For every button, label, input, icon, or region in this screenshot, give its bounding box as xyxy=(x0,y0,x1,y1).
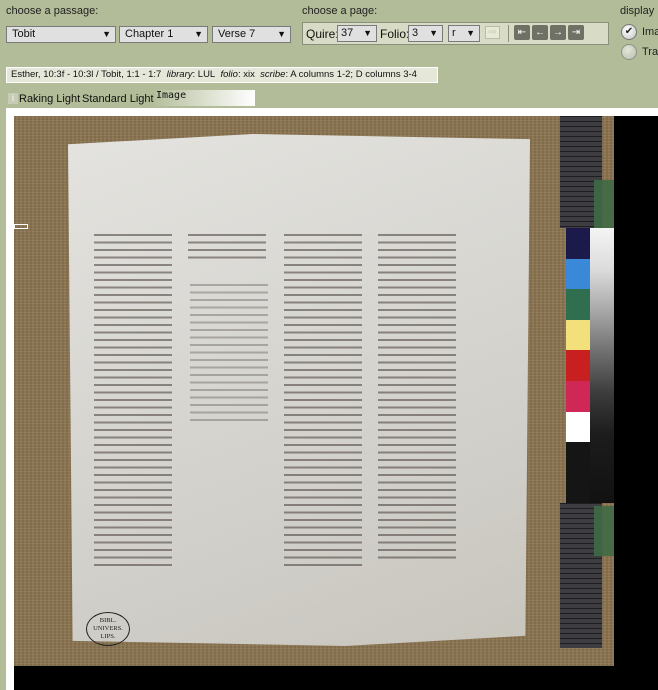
text-column-4 xyxy=(378,234,456,564)
stamp-line: BIBL. xyxy=(87,617,129,625)
verse-value: Verse 7 xyxy=(218,28,255,40)
next-page-icon[interactable]: → xyxy=(550,25,566,40)
text-column-2-lower xyxy=(190,284,268,424)
stamp-line: UNIVERS. xyxy=(87,625,129,633)
chevron-down-icon: ▼ xyxy=(363,26,372,41)
divider xyxy=(508,25,509,42)
library-stamp: BIBL. UNIVERS. LIPS. xyxy=(86,612,130,646)
color-swatch-magenta xyxy=(566,381,590,412)
text-column-1 xyxy=(94,234,172,570)
book-value: Tobit xyxy=(12,28,35,40)
chapter-select[interactable]: Chapter 1 ▼ xyxy=(119,26,208,43)
text-column-2 xyxy=(188,234,266,262)
chevron-down-icon: ▼ xyxy=(429,26,438,41)
passage-label: choose a passage: xyxy=(6,5,98,17)
scribe-value: A columns 1-2; D columns 3-4 xyxy=(290,69,417,80)
image-checkbox[interactable]: ✔ xyxy=(621,24,637,40)
color-swatch-green xyxy=(566,289,590,320)
library-label: library xyxy=(167,69,193,80)
quire-label: Quire: xyxy=(306,27,339,41)
transcription-option-label: Tra xyxy=(642,46,658,58)
transcription-checkbox[interactable]: ✔ xyxy=(621,44,637,60)
go-arrow-icon[interactable]: ⇨ xyxy=(485,26,500,39)
image-tab-label: Image xyxy=(156,90,186,101)
chevron-down-icon: ▼ xyxy=(466,26,475,41)
chevron-down-icon: ▼ xyxy=(277,27,286,42)
page-label: choose a page: xyxy=(302,5,377,17)
verse-select[interactable]: Verse 7 ▼ xyxy=(212,26,291,43)
color-swatch-black xyxy=(566,442,590,503)
library-value: LUL xyxy=(198,69,215,80)
scribe-label: scribe xyxy=(260,69,285,80)
quire-select[interactable]: 37 ▼ xyxy=(337,25,377,42)
first-page-icon[interactable]: ⇤ xyxy=(514,25,530,40)
folio-info-bar: Esther, 10:3f - 10:3l / Tobit, 1:1 - 1:7… xyxy=(6,67,438,83)
image-option-label: Ima xyxy=(642,26,658,38)
color-swatch-white xyxy=(566,412,590,442)
green-tab-bottom xyxy=(594,506,614,556)
last-page-icon[interactable]: ⇥ xyxy=(568,25,584,40)
image-viewer[interactable]: BIBL. UNIVERS. LIPS. xyxy=(6,108,658,690)
parchment-leaf xyxy=(68,134,530,646)
green-tab-top xyxy=(594,180,614,228)
folio-value: 3 xyxy=(412,27,418,39)
viewport-marker[interactable] xyxy=(14,224,28,229)
stamp-line: LIPS. xyxy=(87,633,129,641)
lighting-bar: i Raking Light Standard Light Image xyxy=(6,90,255,106)
side-value: r xyxy=(452,27,456,39)
chevron-down-icon: ▼ xyxy=(194,27,203,42)
chapter-value: Chapter 1 xyxy=(125,28,173,40)
page-navigator: Quire: 37 ▼ Folio: 3 ▼ r ▼ ⇨ ⇤ ← → ⇥ xyxy=(302,22,609,45)
folio-select[interactable]: 3 ▼ xyxy=(408,25,443,42)
color-swatch-yellow xyxy=(566,320,590,350)
folio-label: Folio: xyxy=(380,27,409,41)
folio-label-info: folio xyxy=(221,69,238,80)
manuscript-image[interactable]: BIBL. UNIVERS. LIPS. xyxy=(14,116,658,690)
color-swatch-navy xyxy=(566,228,590,259)
display-label: display xyxy=(620,5,654,17)
standard-light-link[interactable]: Standard Light xyxy=(82,93,154,105)
raking-light-link[interactable]: Raking Light xyxy=(19,93,80,105)
quire-value: 37 xyxy=(341,27,353,39)
prev-page-icon[interactable]: ← xyxy=(532,25,548,40)
color-swatch-blue xyxy=(566,259,590,289)
passages-text: Esther, 10:3f - 10:3l / Tobit, 1:1 - 1:7 xyxy=(11,69,161,80)
text-column-3 xyxy=(284,234,362,570)
book-select[interactable]: Tobit ▼ xyxy=(6,26,116,43)
folio-info-value: xix xyxy=(243,69,255,80)
info-icon[interactable]: i xyxy=(8,93,18,104)
chevron-down-icon: ▼ xyxy=(102,27,111,42)
side-select[interactable]: r ▼ xyxy=(448,25,480,42)
color-swatch-red xyxy=(566,350,590,381)
grayscale-strip xyxy=(590,228,614,503)
